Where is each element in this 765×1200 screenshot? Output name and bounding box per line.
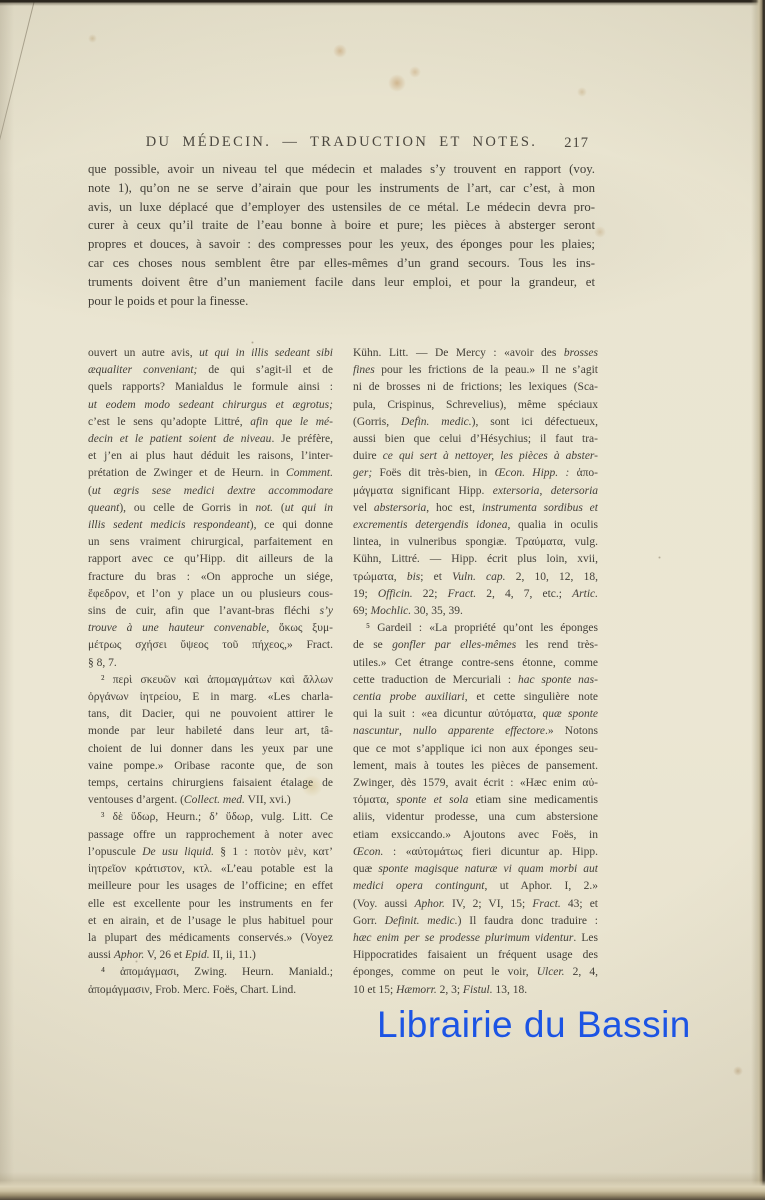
notes-columns: ouvert un autre avis, ut qui in illis se… (88, 345, 598, 999)
text-line: cette traduction de Mercuriali : hac spo… (353, 672, 598, 689)
page-right-edge (751, 0, 765, 1200)
text-line: ἀπομάγμασιν, Frob. Merc. Foës, Chart. Li… (88, 982, 333, 999)
text-line: ἔφεδρον, et l’on y place un ou plusieurs… (88, 586, 333, 603)
text-line: Zwinger, dès 1579, avait écrit : «Hæc en… (353, 775, 598, 792)
text-line: prétation de Zwinger et de Heurn. in Com… (88, 465, 333, 482)
text-line: la plupart des médicaments conservés.» (… (88, 930, 333, 947)
text-line: 19; Officin. 22; Fract. 2, 4, 7, etc.; A… (353, 586, 598, 603)
notes-column-left: ouvert un autre avis, ut qui in illis se… (88, 345, 333, 999)
page-bottom-edge (0, 1172, 765, 1200)
text-line: illis sedent medicis respondeant), ce qu… (88, 517, 333, 534)
text-line: τρώματα, bis; et Vuln. cap. 2, 10, 12, 1… (353, 569, 598, 586)
text-line: l’opuscule De usu liquid. § 1 : ποτὸν μὲ… (88, 844, 333, 861)
text-line: 10 et 15; Hæmorr. 2, 3; Fistul. 13, 18. (353, 982, 598, 999)
text-line: etiam exsiccando.» Ajoutons avec Foës, i… (353, 827, 598, 844)
text-line: quæ sponte magisque naturæ vi quam morbi… (353, 861, 598, 878)
text-line: meilleure pour les usages de l’officine;… (88, 878, 333, 895)
text-line: decin et le patient soient de niveau. Je… (88, 431, 333, 448)
text-line: ὀργάνων ἰητρείου, E in marg. «Les charla… (88, 689, 333, 706)
text-line: tans, dit Dacier, qui ne pouvoient attir… (88, 706, 333, 723)
text-line: vel abstersoria, hoc est, instrumenta so… (353, 500, 598, 517)
text-line: c’est le sens qu’adopte Littré, afin que… (88, 414, 333, 431)
text-line: pula, Crispinus, Schrevelius), même spéc… (353, 397, 598, 414)
book-page-scan: DU MÉDECIN. — TRADUCTION ET NOTES. 217 q… (0, 0, 765, 1200)
text-line: et j’en ai plus haut déduit les raisons,… (88, 448, 333, 465)
text-line: ⁵ Gardeil : «La propriété qu’ont les épo… (353, 620, 598, 637)
text-line: propres et douces, à savoir : des compre… (88, 235, 595, 254)
text-line: (Voy. aussi Aphor. IV, 2; VI, 15; Fract.… (353, 896, 598, 913)
intro-paragraph: que possible, avoir un niveau tel que mé… (88, 160, 595, 310)
text-line: aussi Aphor. V, 26 et Epid. II, ii, 11.) (88, 947, 333, 964)
text-line: de se gonfler par elles-mêmes les rend t… (353, 637, 598, 654)
text-line: excrementis detergendis idonea, qualia i… (353, 517, 598, 534)
text-line: Œcon. : «αὐτομάτως fieri dicuntur ap. Hi… (353, 844, 598, 861)
text-line: trouve à une hauteur convenable, ὅκως ξυ… (88, 620, 333, 637)
text-line: choient de lui donner dans les yeux par … (88, 741, 333, 758)
page-number: 217 (564, 135, 589, 152)
text-line: ² περὶ σκευῶν καὶ ἀπομαγμάτων καὶ ἄλλων (88, 672, 333, 689)
text-line: note 1), qu’on ne se serve d’airain que … (88, 179, 595, 198)
text-line: ἰητρεῖον κράτιστον, κτλ. «L’eau potable … (88, 861, 333, 878)
text-line: quels rapports? Manialdus le formule ain… (88, 379, 333, 396)
text-line: queant), ou celle de Gorris in not. (ut … (88, 500, 333, 517)
header-title: DU MÉDECIN. — TRADUCTION ET NOTES. (88, 134, 595, 151)
text-line: lintea, in vulneribus spongiæ. Τραύματα,… (353, 534, 598, 551)
text-line: qui la suit : «ea dicuntur αὐτόματα, quæ… (353, 706, 598, 723)
text-line: sins de cuir, afin que l’avant-bras fléc… (88, 603, 333, 620)
text-line: temps, certains chirurgiens faisaient ét… (88, 775, 333, 792)
text-line: passage offre un rapprochement à noter a… (88, 827, 333, 844)
text-line: æqualiter conveniant; de qui s’agit-il e… (88, 362, 333, 379)
text-line: monde par leur habileté dans leur art, t… (88, 723, 333, 740)
text-line: 69; Mochlic. 30, 35, 39. (353, 603, 598, 620)
text-line: § 8, 7. (88, 655, 333, 672)
notes-column-right: Kühn. Litt. — De Mercy : «avoir des bros… (353, 345, 598, 999)
text-line: rapport avec ce qu’Hipp. dit ailleurs de… (88, 551, 333, 568)
text-line: Hippocratides faisaient un fréquent usag… (353, 947, 598, 964)
text-line: un sens vraiment chirurgical, parfaiteme… (88, 534, 333, 551)
text-line: medici opera contingunt, ut Aphor. I, 2.… (353, 878, 598, 895)
text-line: ⁴ ἀπομάγμασι, Zwing. Heurn. Maniald.; (88, 964, 333, 981)
text-line: ger; Foës dit très-bien, in Œcon. Hipp. … (353, 465, 598, 482)
text-line: Kühn. Litt. — De Mercy : «avoir des bros… (353, 345, 598, 362)
text-line: elle est excellente pour les instruments… (88, 896, 333, 913)
watermark: Librairie du Bassin (377, 1004, 691, 1046)
text-line: fines pour les frictions de la peau.» Il… (353, 362, 598, 379)
text-line: Gorr. Definit. medic.) Il faudra donc tr… (353, 913, 598, 930)
text-line: μάγματα significant Hipp. extersoria, de… (353, 483, 598, 500)
text-line: curer à ceux qu’il traite de l’eau bonne… (88, 216, 595, 235)
text-line: ut eodem modo sedeant chirurgus et ægrot… (88, 397, 333, 414)
text-line: vaine pompe.» Oribase raconte que, de so… (88, 758, 333, 775)
text-line: car ces choses nous semblent être par el… (88, 254, 595, 273)
text-line: hæc enim per se prodesse plurimum vident… (353, 930, 598, 947)
text-line: (ut ægris sese medici dextre accommodare (88, 483, 333, 500)
text-line: fracture du bras : «On approche un siége… (88, 569, 333, 586)
text-line: éponges, comme on peut le voir, Ulcer. 2… (353, 964, 598, 981)
text-line: μέτρως σχήσει ὕψεος τοῦ πήχεος,» Fract. (88, 637, 333, 654)
text-line: ³ δὲ ὕδωρ, Heurn.; δ’ ὕδωρ, vulg. Litt. … (88, 809, 333, 826)
text-line: (Gorris, Defin. medic.), sont ici défect… (353, 414, 598, 431)
text-line: nascuntur, nullo apparente effectore.» N… (353, 723, 598, 740)
text-line: et en airain, et de l’usage le plus habi… (88, 913, 333, 930)
text-line: utiles.» Cet étrange contre-sens étonne,… (353, 655, 598, 672)
text-line: que ce mot s’applique ici non aux éponge… (353, 741, 598, 758)
text-line: ventouses d’argent. (Collect. med. VII, … (88, 792, 333, 809)
text-line: aussi bien que celui d’Hésychius; il fau… (353, 431, 598, 448)
text-line: avis, un luxe déplacé que d’employer des… (88, 198, 595, 217)
text-line: truments doivent être d’un maniement fac… (88, 273, 595, 292)
page-top-edge (0, 0, 765, 6)
text-line: duire ce qui sert à nettoyer, les pièces… (353, 448, 598, 465)
text-line: ouvert un autre avis, ut qui in illis se… (88, 345, 333, 362)
text-line: aliis, videntur prodesse, una cum abster… (353, 809, 598, 826)
page-header: DU MÉDECIN. — TRADUCTION ET NOTES. 217 (88, 134, 595, 154)
text-line: ni de brosses ni de frictions; les lexiq… (353, 379, 598, 396)
text-line: τόματα, sponte et sola etiam sine medica… (353, 792, 598, 809)
text-line: centia probe auxiliari, et cette singuli… (353, 689, 598, 706)
text-line: lement, mais à toutes les pièces de pans… (353, 758, 598, 775)
text-line: pour le poids et pour la finesse. (88, 292, 595, 311)
text-line: Kühn, Littré. — Hipp. écrit plus loin, x… (353, 551, 598, 568)
text-line: que possible, avoir un niveau tel que mé… (88, 160, 595, 179)
